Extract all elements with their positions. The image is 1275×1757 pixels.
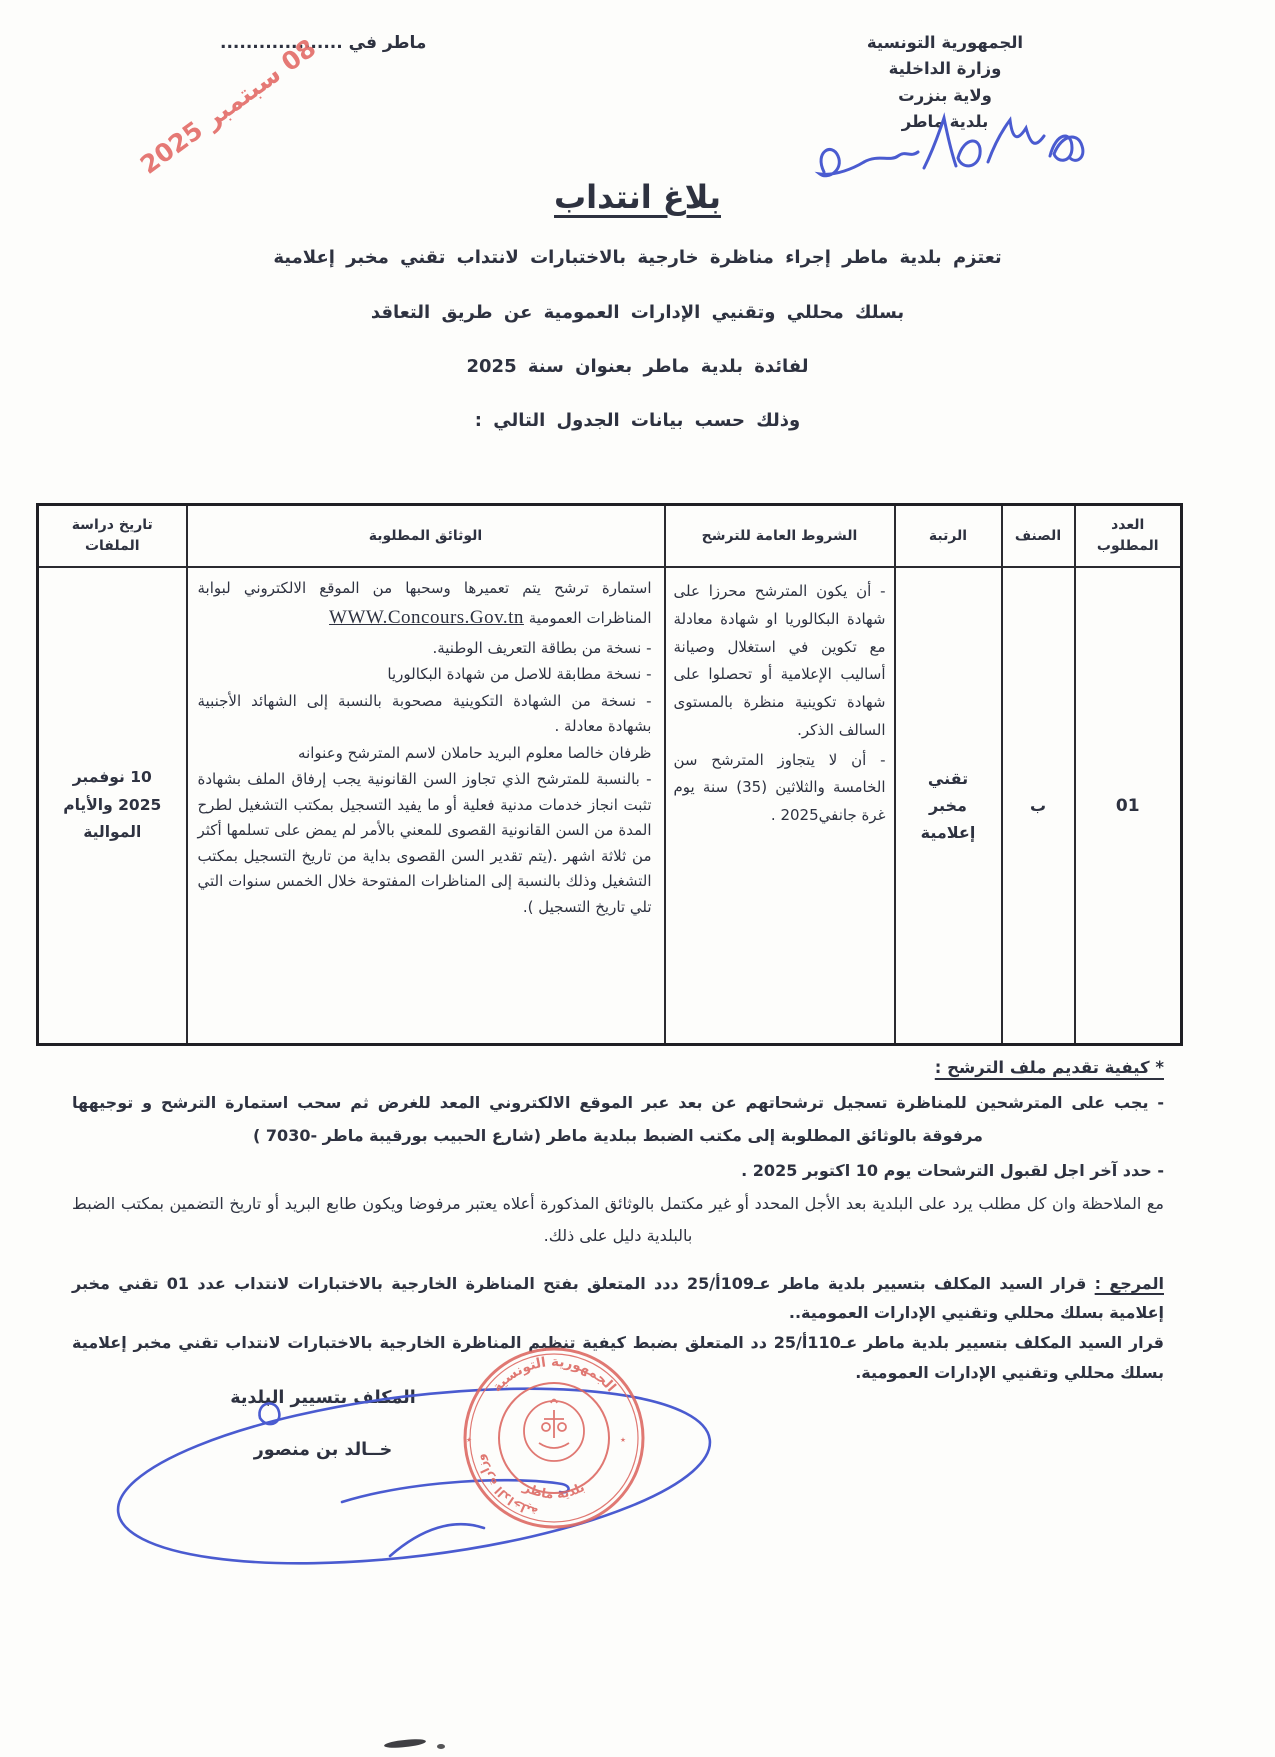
- scan-artifact: [437, 1744, 445, 1749]
- intro-line-3: لفائدة بلدية ماطر بعنوان سنة 2025: [0, 356, 1275, 377]
- scan-artifact: [384, 1738, 427, 1749]
- rejection-note-paragraph: مع الملاحظة وان كل مطلب يرد على البلدية …: [72, 1188, 1164, 1250]
- reference-text-1: قرار السيد المكلف بتسيير بلدية ماطر عـ10…: [72, 1274, 1164, 1323]
- cell-review-date: 10 نوفمبر 2025 والأيام الموالية: [38, 567, 187, 1045]
- how-to-apply-heading: * كيفية تقديم ملف الترشح :: [72, 1058, 1164, 1077]
- document-item: - نسخة مطابقة للاصل من شهادة البكالوريا: [198, 662, 652, 688]
- document-item: - بالنسبة للمترشح الذي تجاوز السن القانو…: [198, 767, 652, 920]
- page-title: بلاغ انتداب: [0, 178, 1275, 216]
- cell-required-count: 01: [1075, 567, 1182, 1045]
- cell-documents: استمارة ترشح يتم تعميرها وسحبها من الموق…: [187, 567, 665, 1045]
- header-conditions: الشروط العامة للترشح: [665, 505, 895, 568]
- recruitment-table: العدد المطلوب الصنف الرتبة الشروط العامة…: [36, 503, 1183, 1046]
- deadline-paragraph: - حدد آخر اجل لقبول الترشحات يوم 10 اكتو…: [72, 1157, 1164, 1186]
- municipal-seal-stamp-icon: الجمهورية التونسية وزارة الداخلية بلدية …: [458, 1342, 650, 1534]
- header-review-date: تاريخ دراسة الملفات: [38, 505, 187, 568]
- reference-paragraph-1: المرجع : قرار السيد المكلف بتسيير بلدية …: [72, 1269, 1164, 1328]
- how-to-apply-paragraph-1: - يجب على المترشحين للمناظرة تسجيل ترشحا…: [72, 1087, 1164, 1153]
- header-rank: الرتبة: [895, 505, 1002, 568]
- seal-star-right: ٭: [620, 1433, 626, 1446]
- bottom-text-block: * كيفية تقديم ملف الترشح : - يجب على الم…: [72, 1058, 1164, 1387]
- header-category: الصنف: [1002, 505, 1075, 568]
- seal-bottom-text: بلدية ماطر: [520, 1479, 587, 1502]
- documents-intro: استمارة ترشح يتم تعميرها وسحبها من الموق…: [198, 576, 652, 634]
- table-header-row: العدد المطلوب الصنف الرتبة الشروط العامة…: [38, 505, 1182, 568]
- reference-label: المرجع :: [1095, 1274, 1164, 1293]
- document-item: ظرفان خالصا معلوم البريد حاملان لاسم الم…: [198, 741, 652, 767]
- header-documents: الوثائق المطلوبة: [187, 505, 665, 568]
- svg-text:بلدية ماطر: بلدية ماطر: [520, 1479, 587, 1502]
- header-required-count: العدد المطلوب: [1075, 505, 1182, 568]
- intro-line-4: وذلك حسب بيانات الجدول التالي :: [0, 410, 1275, 431]
- cell-rank: تقني مخبر إعلامية: [895, 567, 1002, 1045]
- concours-portal-url: WWW.Concours.Gov.tn: [329, 607, 524, 628]
- condition-item: - أن يكون المترشح محرزا على شهادة البكال…: [674, 578, 886, 745]
- table-row: 01 ب تقني مخبر إعلامية - أن يكون المترشح…: [38, 567, 1182, 1045]
- cell-category: ب: [1002, 567, 1075, 1045]
- scanned-document-page: الجمهورية التونسية وزارة الداخلية ولاية …: [0, 0, 1275, 1757]
- cell-conditions: - أن يكون المترشح محرزا على شهادة البكال…: [665, 567, 895, 1045]
- seal-star-left: ٭: [466, 1433, 472, 1446]
- document-item: - نسخة من بطاقة التعريف الوطنية.: [198, 636, 652, 662]
- condition-item: - أن لا يتجاوز المترشح سن الخامسة والثلا…: [674, 747, 886, 830]
- agency-line-republic: الجمهورية التونسية: [810, 30, 1080, 56]
- document-item: - نسخة من الشهادة التكوينية مصحوبة بالنس…: [198, 689, 652, 740]
- seal-emblem: [524, 1400, 584, 1462]
- intro-line-2: بسلك محللي وتقنيي الإدارات العمومية عن ط…: [0, 302, 1275, 323]
- agency-line-governorate: ولاية بنزرت: [810, 83, 1080, 109]
- agency-line-ministry: وزارة الداخلية: [810, 56, 1080, 82]
- intro-line-1: تعتزم بلدية ماطر إجراء مناظرة خارجية بال…: [0, 247, 1275, 268]
